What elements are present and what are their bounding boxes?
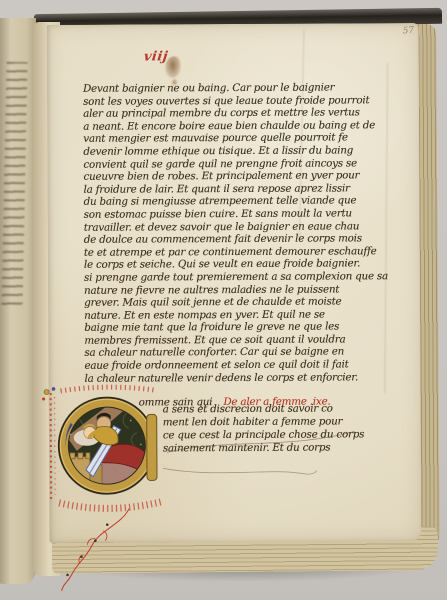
historiated-initial	[57, 396, 162, 499]
text-line: cueuvre bien de robes. Et principalement…	[83, 169, 401, 183]
text-line: si prengne garde tout premierement a sa …	[84, 270, 402, 284]
parchment-stain	[165, 56, 181, 78]
manuscript-page: 57 viij Devant baignier ne ou baing. Car…	[47, 23, 422, 543]
text-line: du baing si mengiusse atrempeement telle…	[84, 194, 402, 208]
photograph-of-manuscript: 57 viij Devant baignier ne ou baing. Car…	[0, 0, 447, 600]
previous-page-text-blur	[1, 62, 27, 308]
initial-gold-bar	[147, 414, 157, 480]
previous-page-edge	[0, 18, 36, 584]
text-line: a neant. Et encore boire eaue bien chaul…	[83, 119, 401, 133]
folio-number: 57	[402, 26, 414, 37]
text-block: Devant baignier ne ou baing. Car pour le…	[83, 81, 403, 385]
